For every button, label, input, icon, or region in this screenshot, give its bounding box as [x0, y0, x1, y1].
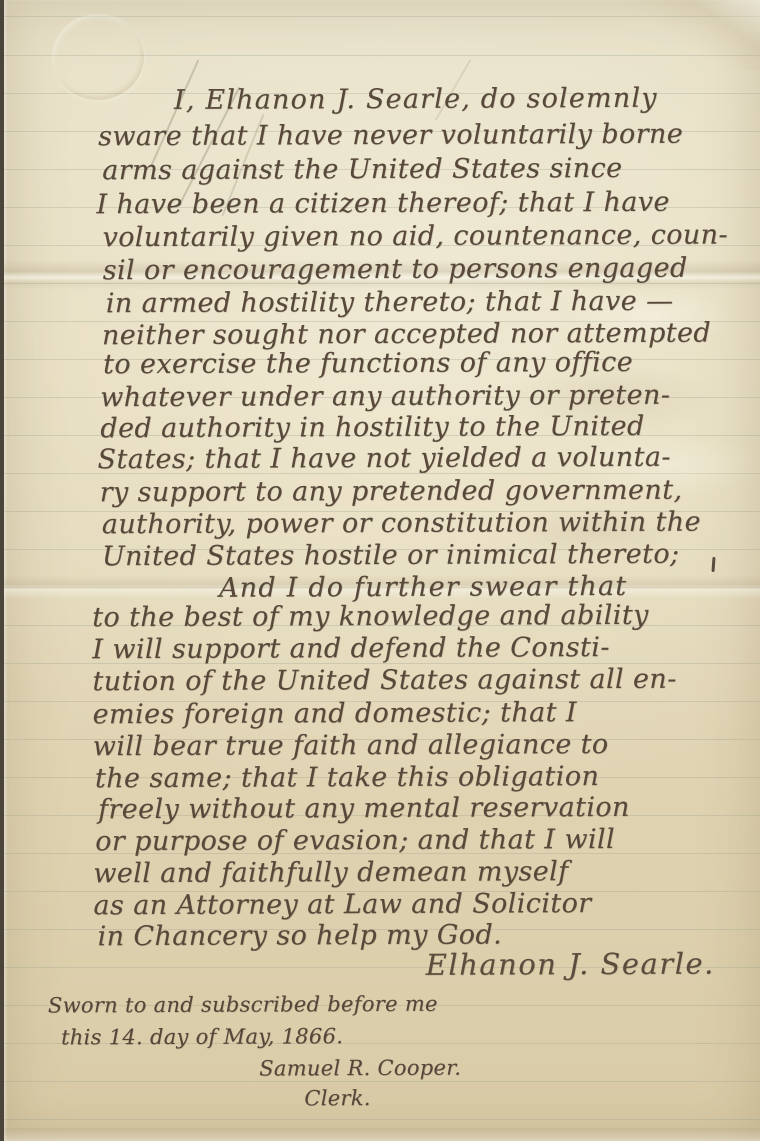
handwritten-line: the same; that I take this obligation	[95, 761, 599, 794]
handwritten-line: arms against the United States since	[102, 153, 622, 186]
handwritten-line: United States hostile or inimical theret…	[102, 539, 680, 573]
attestation-line: this 14. day of May, 1866.	[61, 1024, 343, 1049]
attestation-line: Samuel R. Cooper.	[259, 1056, 461, 1081]
handwritten-line: to the best of my knowledge and ability	[92, 600, 649, 633]
handwritten-line: I have been a citizen thereof; that I ha…	[96, 187, 670, 221]
handwritten-line: to exercise the functions of any office	[103, 347, 633, 380]
attestation-line: Clerk.	[304, 1086, 371, 1110]
handwritten-line: emies foreign and domestic; that I	[93, 697, 577, 730]
handwritten-line: as an Attorney at Law and Solicitor	[93, 888, 591, 921]
handwritten-line: States; that I have not yielded a volunt…	[97, 442, 670, 476]
handwritten-line: I will support and defend the Consti-	[92, 632, 610, 665]
paper-sheet: I, Elhanon J. Searle, do solemnly sware …	[4, 0, 760, 1141]
handwritten-line: whatever under any authority or preten-	[100, 380, 670, 413]
handwriting-layer: I, Elhanon J. Searle, do solemnly sware …	[2, 0, 760, 1141]
handwritten-line: in armed hostility thereto; that I have …	[106, 286, 674, 319]
handwritten-line: sware that I have never voluntarily born…	[98, 119, 683, 153]
attestation-line: Sworn to and subscribed before me	[48, 992, 438, 1018]
handwritten-line: voluntarily given no aid, countenance, c…	[102, 219, 728, 253]
handwritten-line: I, Elhanon J. Searle, do solemnly	[174, 83, 658, 116]
document-scan: I, Elhanon J. Searle, do solemnly sware …	[0, 0, 760, 1141]
handwritten-line: authority, power or constitution within …	[102, 507, 701, 541]
handwritten-line: tution of the United States against all …	[92, 664, 676, 698]
signature: Elhanon J. Searle.	[426, 947, 715, 982]
handwritten-line: freely without any mental reservation	[98, 792, 630, 825]
handwritten-line: sil or encouragement to persons engaged	[103, 253, 688, 287]
handwritten-line: well and faithfully demean myself	[93, 856, 568, 889]
handwritten-line: or purpose of evasion; and that I will	[95, 824, 615, 857]
handwritten-line: will bear true faith and allegiance to	[93, 729, 609, 762]
handwritten-line: ded authority in hostility to the United	[100, 411, 644, 444]
handwritten-line: And I do further swear that	[219, 571, 627, 604]
handwritten-line: ry support to any pretended government,	[100, 475, 683, 509]
